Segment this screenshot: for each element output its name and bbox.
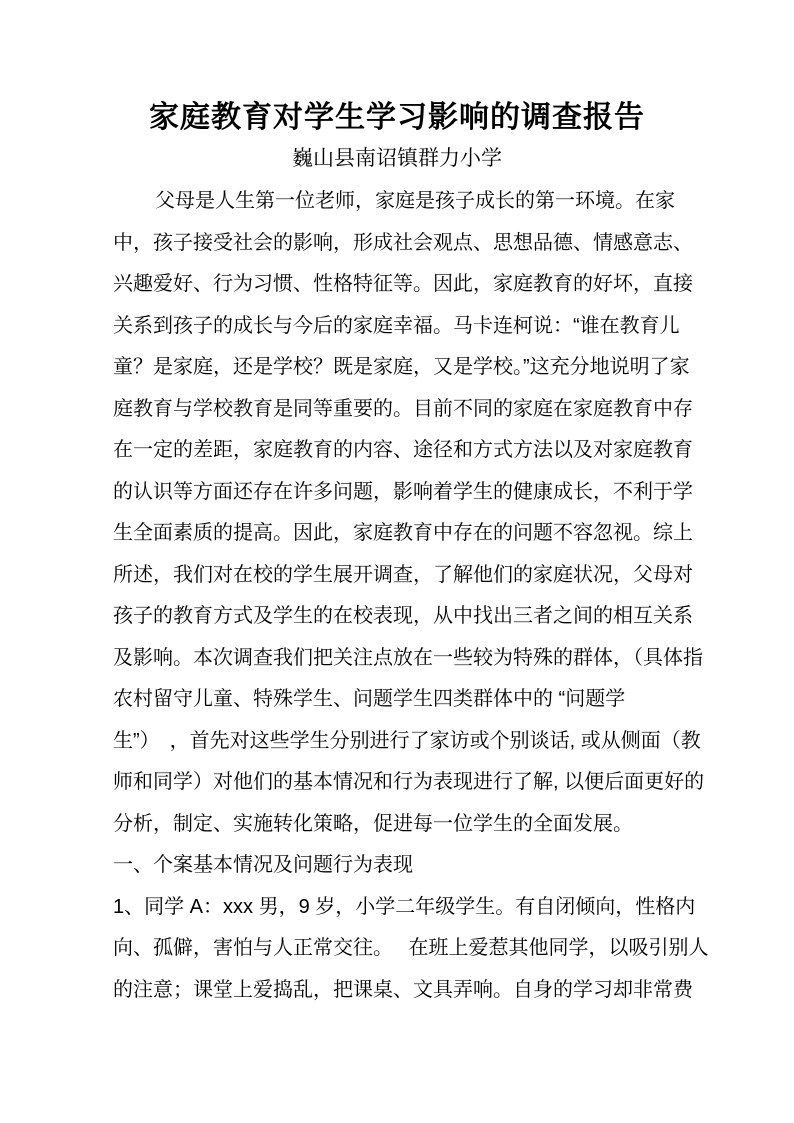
text-line: 分析，制定、实施转化策略，促进每一位学生的全面发展。	[113, 804, 773, 846]
text-line: 孩子的教育方式及学生的在校表现，从中找出三者之间的相互关系	[113, 596, 773, 638]
text-line: 庭教育与学校教育是同等重要的。目前不同的家庭在家庭教育中存	[113, 389, 773, 431]
text-line: 童？是家庭，还是学校？既是家庭，又是学校。”这充分地说明了家	[113, 347, 773, 389]
text-line: 父母是人生第一位老师，家庭是孩子成长的第一环境。在家	[113, 181, 773, 223]
text-line: 及影响。本次调查我们把关注点放在一些较为特殊的群体，（具体指	[113, 638, 773, 680]
text-line: 在一定的差距，家庭教育的内容、途径和方式方法以及对家庭教育	[113, 430, 773, 472]
section-heading: 一、个案基本情况及问题行为表现	[113, 845, 773, 887]
document-body: 父母是人生第一位老师，家庭是孩子成长的第一环境。在家 中，孩子接受社会的影响，形…	[113, 181, 773, 1011]
page-title: 家庭教育对学生学习影响的调查报告	[0, 96, 794, 140]
text-line: 关系到孩子的成长与今后的家庭幸福。马卡连柯说：“谁在教育儿	[113, 306, 773, 348]
text-line: 师和同学）对他们的基本情况和行为表现进行了解, 以便后面更好的	[113, 762, 773, 804]
document-page: 家庭教育对学生学习影响的调查报告 巍山县南诏镇群力小学 父母是人生第一位老师，家…	[0, 0, 794, 1123]
text-line: 1、同学 A：xxx 男，9 岁，小学二年级学生。有自闭倾向，性格内	[113, 887, 773, 929]
text-line: 生”） ，首先对这些学生分别进行了家访或个别谈话, 或从侧面（教	[113, 721, 773, 763]
text-line: 中，孩子接受社会的影响，形成社会观点、思想品德、情感意志、	[113, 223, 773, 265]
text-line: 生全面素质的提高。因此，家庭教育中存在的问题不容忽视。综上	[113, 513, 773, 555]
text-line: 兴趣爱好、行为习惯、性格特征等。因此，家庭教育的好坏，直接	[113, 264, 773, 306]
text-line: 所述，我们对在校的学生展开调查，了解他们的家庭状况，父母对	[113, 555, 773, 597]
text-line: 的认识等方面还存在许多问题，影响着学生的健康成长，不利于学	[113, 472, 773, 514]
text-line: 农村留守儿童、特殊学生、问题学生四类群体中的 “问题学	[113, 679, 773, 721]
text-line: 的注意；课堂上爱捣乱，把课桌、文具弄响。自身的学习却非常费	[113, 970, 773, 1012]
page-subtitle: 巍山县南诏镇群力小学	[0, 143, 794, 175]
text-line: 向、孤僻，害怕与人正常交往。 在班上爱惹其他同学，以吸引别人	[113, 928, 773, 970]
